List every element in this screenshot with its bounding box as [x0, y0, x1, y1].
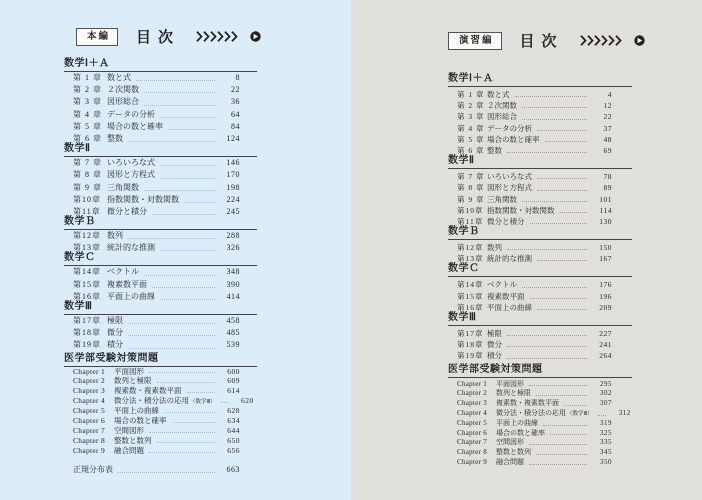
table-of-contents-row: Chapter 9融合問題656	[64, 446, 257, 456]
chapter-title: 場合の数と確率	[107, 121, 163, 133]
dot-leader	[149, 452, 215, 453]
chapter-label: 第17章	[457, 328, 487, 339]
page-number: 348	[220, 266, 240, 278]
table-of-contents-row: 第10章指数関数・対数関数114	[448, 205, 632, 216]
chapter-label: 第19章	[457, 350, 487, 361]
chapter-title: 場合の数と確率	[487, 134, 540, 145]
chapter-title: 正規分布表	[73, 464, 113, 476]
chapter-label: 第 9 章	[457, 194, 487, 205]
chapter-title: 数と式	[107, 72, 131, 84]
dot-leader	[507, 152, 587, 153]
chapter-title: 数列	[487, 242, 502, 253]
table-of-contents-row: 第15章複素数平面196	[448, 291, 632, 302]
table-of-contents-row: 第 9 章三角関数101	[448, 194, 632, 205]
table-of-contents-row: 第14章ベクトル176	[448, 279, 632, 290]
toc-section: 数学Ⅱ第 7 章いろいろな式78第 8 章図形と方程式89第 9 章三角関数10…	[448, 155, 632, 227]
toc-section: 数学Ⅲ第17章極限458第18章微分485第19章積分539	[64, 301, 257, 352]
dot-leader	[164, 412, 215, 413]
page-number: 8	[220, 72, 240, 84]
page-number: 350	[592, 458, 612, 468]
table-of-contents-row: Chapter 8整数と数列345	[448, 448, 632, 458]
chapter-label: 第 8 章	[457, 182, 487, 193]
chapter-label: Chapter 9	[457, 458, 496, 468]
page-number: 209	[592, 302, 612, 313]
dot-leader	[149, 432, 215, 433]
chapter-label: 第10章	[73, 194, 107, 206]
dot-leader	[152, 214, 215, 215]
table-of-contents-row: 第15章複素数平面390	[64, 279, 257, 291]
page-number: 634	[220, 416, 240, 426]
chapter-title: 平面上の曲線	[107, 291, 155, 303]
dot-leader	[128, 141, 215, 142]
chapter-title: 三角関数	[107, 182, 139, 194]
chapter-label: Chapter 6	[457, 429, 496, 439]
dot-leader	[187, 392, 216, 393]
chapter-title: 微分	[487, 339, 502, 350]
toc-section: 数学Ｃ第14章ベクトル176第15章複素数平面196第16章平面上の曲線209	[448, 263, 632, 313]
page-number: 227	[592, 328, 612, 339]
dot-leader	[550, 434, 587, 435]
chapter-label: Chapter 9	[73, 446, 114, 456]
chapter-label: 第17章	[73, 315, 107, 327]
chapter-title: 積分	[107, 339, 123, 351]
chapter-label: Chapter 7	[457, 438, 496, 448]
section-heading: 数学Ⅱ	[64, 143, 257, 157]
page-number: 345	[592, 448, 612, 458]
chapter-label: 第 4 章	[73, 109, 107, 121]
table-of-contents-row: 第 8 章図形と方程式89	[448, 182, 632, 193]
dot-leader	[537, 130, 587, 131]
chapter-label: 第 3 章	[457, 111, 487, 122]
section-heading: 数学Ⅱ	[448, 155, 632, 169]
chapter-label: Chapter 1	[457, 380, 496, 390]
chapter-title: 図形と方程式	[487, 182, 532, 193]
page-number: 89	[592, 182, 612, 193]
page-number: 325	[592, 429, 612, 439]
section-heading: 数学Ⅲ	[448, 312, 632, 326]
dot-leader	[168, 129, 215, 130]
chapter-title: 平面図形	[496, 380, 524, 390]
table-of-contents-row: 第 9 章三角関数198	[64, 182, 257, 194]
toc-title: 目次	[520, 30, 564, 51]
table-of-contents-row: Chapter 1平面図形600	[64, 367, 257, 377]
table-of-contents-row: 第 2 章２次関数12	[448, 100, 632, 111]
toc-content: 演習編目次数学Ⅰ＋Ａ第 1 章数と式4第 2 章２次関数12第 3 章図形総合2…	[448, 0, 632, 468]
chapter-label: 第18章	[457, 339, 487, 350]
chapter-label: 第10章	[457, 205, 487, 216]
dot-leader	[536, 454, 587, 455]
dot-leader	[149, 372, 215, 373]
page-number: 312	[611, 409, 631, 419]
table-of-contents-row: 第12章数列150	[448, 242, 632, 253]
chapter-title: 整数と数列	[496, 448, 531, 458]
table-of-contents-row: 第17章極限227	[448, 328, 632, 339]
table-of-contents-row: 第 3 章図形総合36	[64, 96, 257, 108]
chapter-label: 第 4 章	[457, 123, 487, 134]
table-of-contents-row: 第19章積分264	[448, 350, 632, 361]
page-number: 656	[220, 446, 240, 456]
chapter-label: 第19章	[73, 339, 107, 351]
chapter-label: Chapter 1	[73, 367, 114, 377]
section-heading: 数学Ｂ	[64, 216, 257, 230]
chapter-label: 第 2 章	[457, 100, 487, 111]
toc-section: 数学Ｂ第12章数列288第13章統計的な推測326	[64, 216, 257, 254]
table-of-contents-row: Chapter 2数列と極限302	[448, 389, 632, 399]
dot-leader	[128, 348, 215, 349]
chapter-title: 複素数平面	[487, 291, 525, 302]
normal-distribution-table-row: 正規分布表663	[64, 464, 257, 476]
chapter-title: 数と式	[487, 89, 510, 100]
dot-leader	[537, 309, 587, 310]
section-heading: 医学部受験対策問題	[448, 364, 632, 378]
table-of-contents-row: 第10章指数関数・対数関数224	[64, 194, 257, 206]
dot-leader	[507, 346, 587, 347]
chapter-title: ２次関数	[487, 100, 517, 111]
page-number: 176	[592, 279, 612, 290]
section-heading: 数学Ｂ	[448, 226, 632, 240]
dot-leader	[598, 415, 606, 416]
page-number: 167	[592, 253, 612, 264]
chapter-title: 図形総合	[107, 96, 139, 108]
chapter-title: 数列と極限	[496, 389, 531, 399]
toc-content: 本編目次数学Ⅰ＋Ａ第 1 章数と式8第 2 章２次関数22第 3 章図形総合36…	[64, 0, 257, 476]
chapter-title: 平面上の曲線	[496, 419, 538, 429]
dot-leader	[507, 335, 587, 336]
dot-leader	[172, 422, 216, 423]
toc-section: 数学Ⅲ第17章極限227第18章微分241第19章積分264	[448, 312, 632, 362]
chapter-title: 場合の数と確率	[114, 416, 167, 426]
chapter-label: Chapter 6	[73, 416, 114, 426]
chevrons-arrow-icon	[580, 35, 646, 46]
chapter-label: 第 1 章	[457, 89, 487, 100]
page-number: 78	[592, 171, 612, 182]
section-heading: 数学Ｃ	[448, 263, 632, 277]
chevrons-icon	[580, 35, 646, 46]
chapter-title: 極限	[487, 328, 502, 339]
page-number: 48	[592, 134, 612, 145]
chapter-title: 微分と積分	[487, 216, 525, 227]
chapter-label: 第14章	[73, 266, 107, 278]
page-number: 224	[220, 194, 240, 206]
chapter-title: 融合問題	[496, 458, 524, 468]
dot-leader	[543, 425, 587, 426]
toc-section: 医学部受験対策問題Chapter 1平面図形295Chapter 2数列と極限3…	[448, 364, 632, 468]
chapter-label: 第12章	[457, 242, 487, 253]
chapter-label: 第 5 章	[457, 134, 487, 145]
chapter-title: 統計的な推測	[107, 242, 155, 254]
dot-leader	[128, 335, 215, 336]
table-of-contents-row: Chapter 5平面上の曲線628	[64, 406, 257, 416]
chapter-title: 整数	[487, 145, 502, 156]
page-number: 295	[592, 380, 612, 390]
dot-leader	[160, 178, 215, 179]
chapter-title: 平面上の曲線	[114, 406, 159, 416]
page-number: 196	[592, 291, 612, 302]
chapter-title: 微分と積分	[107, 206, 147, 218]
page-number: 101	[592, 194, 612, 205]
page-number: 264	[592, 350, 612, 361]
table-of-contents-row: 第 5 章場合の数と確率84	[64, 121, 257, 133]
dot-leader	[118, 472, 215, 473]
chapter-title: 複素数・複素数平面	[114, 386, 182, 396]
chapter-title: 複素数平面	[107, 279, 147, 291]
section-heading: 数学Ⅰ＋Ａ	[64, 58, 257, 72]
page-number: 22	[220, 84, 240, 96]
chapter-title: ベクトル	[107, 266, 139, 278]
page-number: 288	[220, 230, 240, 242]
page-header: 本編目次	[64, 0, 257, 47]
dot-leader	[160, 165, 215, 166]
page-number: 539	[220, 339, 240, 351]
chapter-title: 数列	[107, 230, 123, 242]
table-of-contents-row: Chapter 7空間図形644	[64, 426, 257, 436]
chapter-title: 融合問題	[114, 446, 144, 456]
chapter-label: 第 7 章	[457, 171, 487, 182]
table-of-contents-row: 第 4 章データの分析64	[64, 109, 257, 121]
table-of-contents-row: 第 7 章いろいろな式78	[448, 171, 632, 182]
page-number: 335	[592, 438, 612, 448]
chapter-label: Chapter 3	[457, 399, 496, 409]
dot-leader	[136, 80, 215, 81]
chapter-title: 平面上の曲線	[487, 302, 532, 313]
section-heading: 数学Ｃ	[64, 252, 257, 266]
toc-title: 目次	[136, 26, 180, 47]
table-of-contents-row: Chapter 3複素数・複素数平面307	[448, 399, 632, 409]
dot-leader	[144, 92, 215, 93]
page-number: 12	[592, 100, 612, 111]
chapter-title: 指数関数・対数関数	[487, 205, 555, 216]
dot-leader	[157, 382, 216, 383]
table-of-contents-row: 第 5 章場合の数と確率48	[448, 134, 632, 145]
dot-leader	[144, 275, 215, 276]
toc-section: 数学Ⅱ第 7 章いろいろな式146第 8 章図形と方程式170第 9 章三角関数…	[64, 143, 257, 218]
table-of-contents-row: Chapter 3複素数・複素数平面614	[64, 386, 257, 396]
dot-leader	[507, 358, 587, 359]
section-heading: 数学Ⅲ	[64, 301, 257, 315]
page-number: 170	[220, 169, 240, 181]
page-number: 620	[234, 396, 254, 406]
table-of-contents-row: 第 3 章図形総合22	[448, 111, 632, 122]
page-number: 69	[592, 145, 612, 156]
table-of-contents-row: Chapter 4微分法・積分法の応用（数学Ⅲ）312	[448, 409, 632, 419]
dot-leader	[128, 238, 215, 239]
page-number: 663	[220, 464, 240, 476]
page-header: 演習編目次	[448, 0, 632, 51]
dot-leader	[529, 464, 587, 465]
table-of-contents-row: Chapter 5平面上の曲線319	[448, 419, 632, 429]
chapter-title: 図形と方程式	[107, 169, 155, 181]
chapter-title: 微分	[107, 327, 123, 339]
dot-leader	[529, 385, 587, 386]
table-of-contents-row: 第 1 章数と式4	[448, 89, 632, 100]
toc-section: 数学Ⅰ＋Ａ第 1 章数と式4第 2 章２次関数12第 3 章図形総合22第 4 …	[448, 73, 632, 156]
chapter-label: 第 9 章	[73, 182, 107, 194]
chapter-label: 第18章	[73, 327, 107, 339]
chapter-label: Chapter 3	[73, 386, 114, 396]
toc-page-main: 本編目次数学Ⅰ＋Ａ第 1 章数と式8第 2 章２次関数22第 3 章図形総合36…	[0, 0, 351, 500]
table-of-contents-row: 第 8 章図形と方程式170	[64, 169, 257, 181]
page-number: 114	[592, 205, 612, 216]
dot-leader	[545, 141, 588, 142]
chapter-title: 統計的な推測	[487, 253, 532, 264]
chapter-label: 第 3 章	[73, 96, 107, 108]
chapter-note: （数学Ⅲ）	[567, 410, 593, 420]
chapter-label: Chapter 7	[73, 426, 114, 436]
edition-badge: 演習編	[448, 32, 502, 50]
table-of-contents-row: 第 4 章データの分析37	[448, 123, 632, 134]
chapter-label: 第12章	[73, 230, 107, 242]
page-number: 64	[220, 109, 240, 121]
table-of-contents-row: Chapter 4微分法・積分法の応用（数学Ⅲ）620	[64, 396, 257, 406]
chapter-label: Chapter 5	[73, 406, 114, 416]
table-of-contents-row: 第18章微分485	[64, 327, 257, 339]
dot-leader	[537, 260, 587, 261]
dot-leader	[522, 119, 587, 120]
chapter-title: いろいろな式	[487, 171, 532, 182]
toc-section: 数学Ｂ第12章数列150第13章統計的な推測167	[448, 226, 632, 264]
toc-section: 医学部受験対策問題Chapter 1平面図形600Chapter 2数列と極限6…	[64, 353, 257, 456]
page-number: 600	[220, 367, 240, 377]
dot-leader	[560, 212, 588, 213]
page-number: 307	[592, 399, 612, 409]
page-number: 319	[592, 419, 612, 429]
chapter-label: Chapter 2	[73, 376, 114, 386]
toc-section: 数学Ｃ第14章ベクトル348第15章複素数平面390第16章平面上の曲線414	[64, 252, 257, 303]
chapter-title: 複素数・複素数平面	[496, 399, 559, 409]
chapter-title: ２次関数	[107, 84, 139, 96]
table-of-contents-row: 第19章積分539	[64, 339, 257, 351]
chapter-label: 第 7 章	[73, 157, 107, 169]
page-number: 22	[592, 111, 612, 122]
edition-badge: 本編	[76, 28, 118, 46]
dot-leader	[515, 96, 588, 97]
dot-leader	[522, 201, 587, 202]
chapter-title: いろいろな式	[107, 157, 155, 169]
chapter-title: 図形総合	[487, 111, 517, 122]
page-number: 198	[220, 182, 240, 194]
chapter-title: 三角関数	[487, 194, 517, 205]
page-number: 4	[592, 89, 612, 100]
dot-leader	[160, 299, 215, 300]
dot-leader	[221, 402, 229, 403]
page-number: 245	[220, 206, 240, 218]
chapter-label: 第 8 章	[73, 169, 107, 181]
chapter-title: 微分法・積分法の応用	[114, 396, 189, 406]
chapter-title: 指数関数・対数関数	[107, 194, 179, 206]
toc-section: 数学Ⅰ＋Ａ第 1 章数と式8第 2 章２次関数22第 3 章図形総合36第 4 …	[64, 58, 257, 145]
table-of-contents-row: 第 2 章２次関数22	[64, 84, 257, 96]
dot-leader	[537, 190, 587, 191]
dot-leader	[160, 250, 215, 251]
table-of-contents-row: 第18章微分241	[448, 339, 632, 350]
table-of-contents-row: Chapter 9融合問題350	[448, 458, 632, 468]
page-number: 36	[220, 96, 240, 108]
chapter-label: 第 1 章	[73, 72, 107, 84]
table-of-contents-row: 第12章数列288	[64, 230, 257, 242]
dot-leader	[530, 298, 588, 299]
table-of-contents-row: 第14章ベクトル348	[64, 266, 257, 278]
chapter-label: 第15章	[457, 291, 487, 302]
section-heading: 医学部受験対策問題	[64, 353, 257, 367]
chapter-title: 整数	[107, 133, 123, 145]
table-of-contents-row: Chapter 7空間図形335	[448, 438, 632, 448]
dot-leader	[144, 105, 215, 106]
dot-leader	[184, 202, 215, 203]
dot-leader	[522, 107, 587, 108]
table-of-contents-row: Chapter 8整数と数列650	[64, 436, 257, 446]
page-number: 326	[220, 242, 240, 254]
dot-leader	[537, 178, 587, 179]
dot-leader	[522, 287, 587, 288]
chapter-title: 極限	[107, 315, 123, 327]
page-number: 37	[592, 123, 612, 134]
page-number: 614	[220, 386, 240, 396]
table-of-contents-row: 第 1 章数と式8	[64, 72, 257, 84]
dot-leader	[152, 287, 215, 288]
page-number: 302	[592, 389, 612, 399]
table-of-contents-row: Chapter 6場合の数と確率325	[448, 429, 632, 439]
chapter-label: 第14章	[457, 279, 487, 290]
chapter-title: ベクトル	[487, 279, 517, 290]
table-of-contents-row: 第 7 章いろいろな式146	[64, 157, 257, 169]
page-number: 485	[220, 327, 240, 339]
page-number: 628	[220, 406, 240, 416]
chapter-title: 整数と数列	[114, 436, 152, 446]
chapter-title: 空間図形	[114, 426, 144, 436]
page-number: 146	[220, 157, 240, 169]
page-number: 390	[220, 279, 240, 291]
chapter-title: データの分析	[107, 109, 155, 121]
dot-leader	[529, 444, 587, 445]
page-number: 414	[220, 291, 240, 303]
chapter-title: データの分析	[487, 123, 532, 134]
chapter-label: Chapter 5	[457, 419, 496, 429]
page-number: 609	[220, 376, 240, 386]
page-number: 650	[220, 436, 240, 446]
chapter-label: Chapter 2	[457, 389, 496, 399]
dot-leader	[536, 395, 587, 396]
page-number: 130	[592, 216, 612, 227]
chapter-label: Chapter 8	[73, 436, 114, 446]
section-heading: 数学Ⅰ＋Ａ	[448, 73, 632, 87]
table-of-contents-row: Chapter 2数列と極限609	[64, 376, 257, 386]
chapter-title: 平面図形	[114, 367, 144, 377]
chapter-label: 第 5 章	[73, 121, 107, 133]
chapter-title: 数列と極限	[114, 376, 152, 386]
page-number: 644	[220, 426, 240, 436]
dot-leader	[157, 442, 216, 443]
dot-leader	[160, 117, 215, 118]
chevrons-arrow-icon	[196, 31, 262, 42]
chapter-title: 微分法・積分法の応用	[496, 409, 566, 419]
table-of-contents-row: Chapter 6場合の数と確率634	[64, 416, 257, 426]
page-number: 458	[220, 315, 240, 327]
chapter-title: 積分	[487, 350, 502, 361]
chapter-label: Chapter 4	[457, 409, 496, 419]
page-number: 241	[592, 339, 612, 350]
chapter-title: 場合の数と確率	[496, 429, 545, 439]
page-number: 84	[220, 121, 240, 133]
chapter-label: Chapter 4	[73, 396, 114, 406]
page-number: 150	[592, 242, 612, 253]
table-of-contents-row: Chapter 1平面図形295	[448, 380, 632, 390]
page-number: 124	[220, 133, 240, 145]
dot-leader	[530, 223, 588, 224]
chapter-label: 第15章	[73, 279, 107, 291]
dot-leader	[507, 249, 587, 250]
dot-leader	[144, 190, 215, 191]
chapter-label: 第 2 章	[73, 84, 107, 96]
